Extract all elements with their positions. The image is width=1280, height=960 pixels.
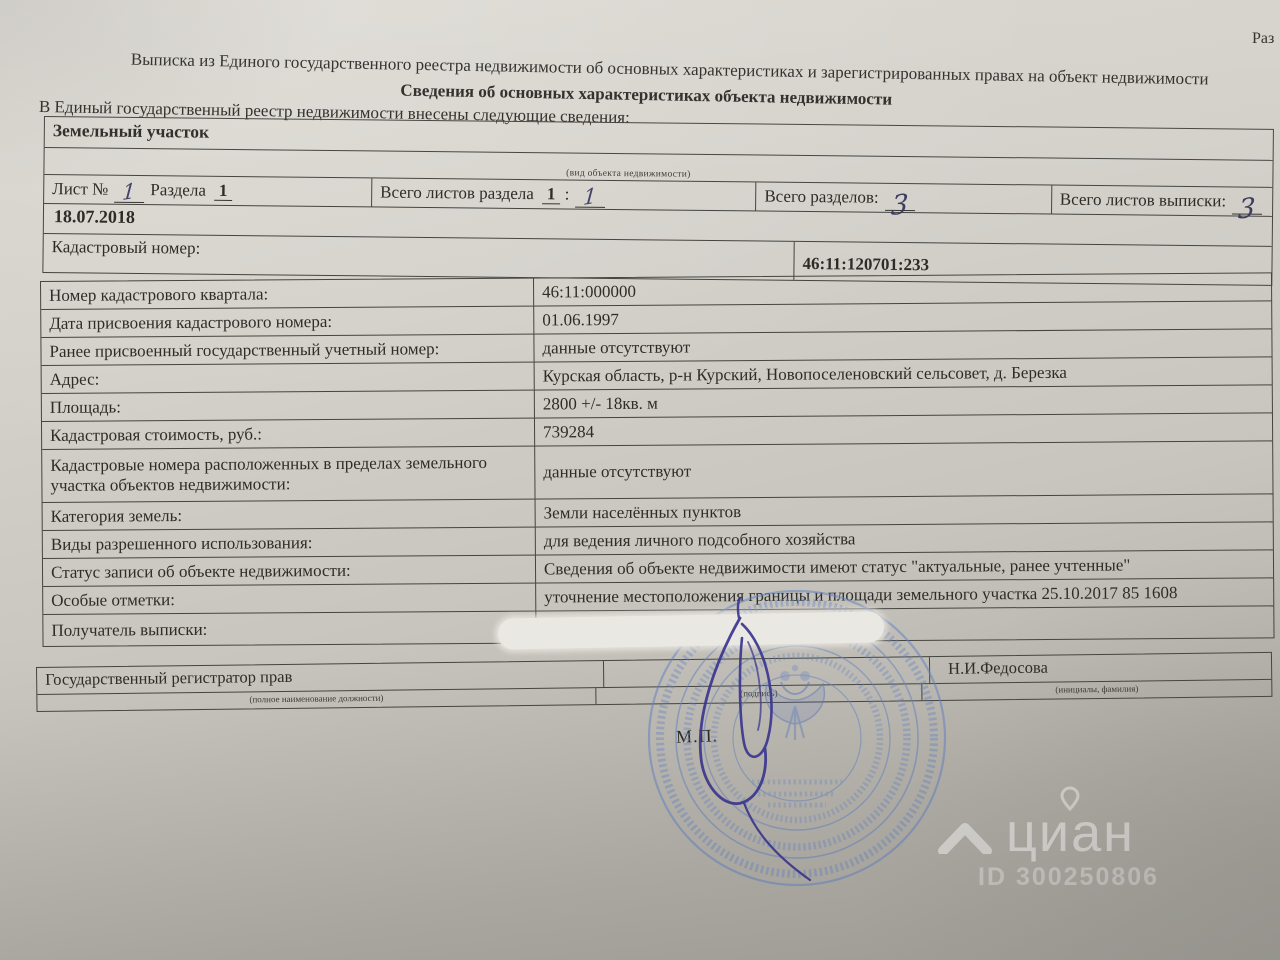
document-photo: Раз Выписка из Единого государственного … bbox=[0, 0, 1280, 960]
total-sheets-cell: Всего листов раздела1 :1 bbox=[372, 178, 757, 210]
row-label: Особые отметки: bbox=[43, 584, 536, 614]
row-label: Кадастровая стоимость, руб.: bbox=[42, 419, 535, 449]
name-caption: (инициалы, фамилия) bbox=[922, 680, 1271, 700]
row-value: Сведения об объекте недвижимости имеют с… bbox=[536, 550, 1273, 582]
registrar-name: Н.И.Федосова bbox=[930, 653, 1271, 683]
total-extract-sheets-blank: 3 bbox=[1232, 193, 1262, 214]
row-value: данные отсутствуют bbox=[535, 441, 1272, 498]
handwritten-total-extract-sheets: 3 bbox=[1238, 195, 1257, 223]
row-label: Категория земель: bbox=[43, 500, 536, 530]
row-label: Статус записи об объекте недвижимости: bbox=[43, 556, 536, 586]
row-value: для ведения личного подсобного хозяйства bbox=[536, 522, 1273, 554]
handwritten-total-sections: 3 bbox=[890, 192, 909, 220]
watermark: циан ID 300250806 bbox=[938, 786, 1278, 892]
row-value: данные отсутствуют bbox=[534, 329, 1271, 361]
row-value: 2800 +/- 18кв. м bbox=[535, 385, 1272, 417]
watermark-id-text: ID 300250806 bbox=[978, 863, 1278, 892]
total-sheets-label: Всего листов раздела bbox=[380, 183, 534, 204]
handwritten-total-sheets: 1 bbox=[583, 182, 598, 211]
total-sheets-number: 1 bbox=[542, 184, 561, 204]
map-pin-icon bbox=[1060, 786, 1080, 812]
total-sheets-blank: 1 bbox=[575, 187, 605, 208]
total-extract-sheets-label: Всего листов выписки: bbox=[1060, 190, 1227, 211]
section-label: Раздела bbox=[150, 180, 206, 200]
cadastral-number-label: Кадастровый номер: bbox=[43, 234, 794, 280]
table-row: Кадастровые номера расположенных в преде… bbox=[42, 441, 1272, 503]
handwritten-sheet-number: 1 bbox=[122, 177, 137, 206]
total-sections-blank: 3 bbox=[885, 190, 915, 211]
sheet-no-label: Лист № bbox=[52, 179, 108, 199]
total-sections-cell: Всего разделов:3 bbox=[756, 182, 1052, 213]
row-label: Адрес: bbox=[42, 363, 535, 393]
total-sheets-colon: : bbox=[565, 184, 570, 203]
total-extract-sheets-cell: Всего листов выписки:3 bbox=[1052, 186, 1273, 216]
corner-page-label: Раз bbox=[1252, 30, 1274, 48]
section-number: 1 bbox=[214, 181, 233, 201]
row-label: Дата присвоения кадастрового номера: bbox=[41, 307, 534, 337]
row-value: 739284 bbox=[535, 413, 1272, 445]
row-value: Земли населённых пунктов bbox=[536, 494, 1273, 526]
row-value: 46:11:000000 bbox=[534, 273, 1271, 305]
row-value: Курская область, р-н Курский, Новопоселе… bbox=[535, 357, 1272, 389]
row-label: Получатель выписки: bbox=[43, 612, 536, 646]
row-label: Номер кадастрового квартала: bbox=[41, 279, 534, 309]
row-label: Площадь: bbox=[42, 391, 535, 421]
row-label: Кадастровые номера расположенных в преде… bbox=[42, 447, 535, 502]
row-label: Ранее присвоенный государственный учетны… bbox=[41, 335, 534, 365]
row-value: 01.06.1997 bbox=[534, 301, 1271, 333]
watermark-brand-text: циан bbox=[1006, 812, 1135, 854]
sheet-number-cell: Лист №1Раздела1 bbox=[44, 175, 372, 206]
total-sections-label: Всего разделов: bbox=[764, 187, 879, 207]
row-label: Виды разрешенного использования: bbox=[43, 528, 536, 558]
roof-chevron-icon bbox=[938, 822, 992, 854]
handwritten-signature bbox=[640, 580, 960, 910]
info-table: Земельный участок (вид объекта недвижимо… bbox=[42, 116, 1274, 286]
sheet-no-blank: 1 bbox=[114, 182, 144, 203]
watermark-brand-row: циан bbox=[938, 786, 1278, 854]
